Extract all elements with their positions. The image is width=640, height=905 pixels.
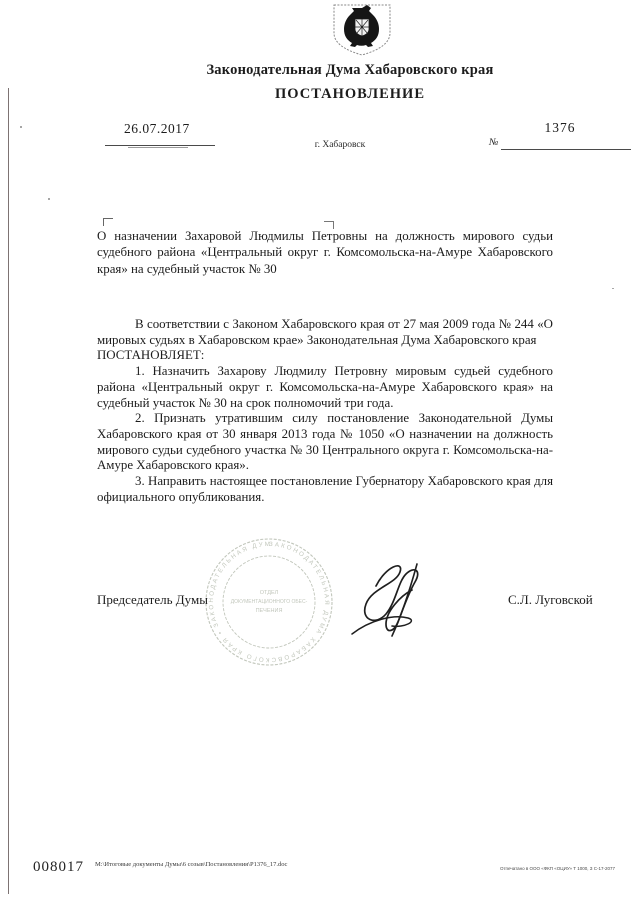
handwritten-signature bbox=[342, 556, 457, 651]
number-sign-label: № bbox=[489, 137, 498, 148]
scan-speck bbox=[48, 198, 50, 200]
document-body: В соответствии с Законом Хабаровского кр… bbox=[97, 317, 553, 505]
document-page: Законодательная Дума Хабаровского края П… bbox=[0, 0, 640, 905]
organization-name: Законодательная Дума Хабаровского края bbox=[100, 62, 600, 79]
document-date: 26.07.2017 bbox=[124, 121, 190, 137]
svg-text:ЗАКОНОДАТЕЛЬНАЯ ДУМА ХАБАРОВСК: ЗАКОНОДАТЕЛЬНАЯ ДУМА ХАБАРОВСКОГО КРАЯ •… bbox=[198, 531, 330, 663]
document-subject: О назначении Захаровой Людмилы Петровны … bbox=[97, 228, 553, 277]
stamp-center-line1: ОТДЕЛ bbox=[260, 590, 279, 596]
signer-name: С.Л. Луговской bbox=[508, 592, 593, 608]
body-item-1: 1. Назначить Захарову Людмилу Петровну м… bbox=[97, 364, 553, 411]
body-resolves-line: ПОСТАНОВЛЯЕТ: bbox=[97, 348, 553, 364]
stamp-ring-text: ЗАКОНОДАТЕЛЬНАЯ ДУМА ХАБАРОВСКОГО КРАЯ •… bbox=[198, 531, 330, 663]
body-intro-paragraph: В соответствии с Законом Хабаровского кр… bbox=[97, 317, 553, 348]
stamp-center-line3: ПЕЧЕНИЯ bbox=[256, 608, 283, 614]
print-info: Отпечатано в ООО «ФКП «ОЦИУ» Т 1000, З С… bbox=[500, 866, 615, 871]
coat-of-arms-icon bbox=[331, 3, 393, 57]
serial-number: 008017 bbox=[33, 859, 84, 876]
scan-edge-line bbox=[8, 88, 9, 894]
corner-mark-left bbox=[103, 218, 113, 226]
scan-speck bbox=[20, 126, 22, 128]
body-item-3: 3. Направить настоящее постановление Губ… bbox=[97, 474, 553, 505]
number-underline bbox=[501, 149, 631, 150]
stamp-center-line2: ДОКУМЕНТАЦИОННОГО ОБЕС- bbox=[231, 599, 308, 605]
body-item-2: 2. Признать утратившим силу постановлени… bbox=[97, 411, 553, 474]
document-type-title: ПОСТАНОВЛЕНИЕ bbox=[100, 86, 600, 103]
scan-speck bbox=[612, 288, 614, 289]
file-path: M:\Итоговые документы Думы\6 созыв\Поста… bbox=[95, 860, 287, 868]
round-stamp: ЗАКОНОДАТЕЛЬНАЯ ДУМА ХАБАРОВСКОГО КРАЯ •… bbox=[198, 531, 340, 673]
signer-title: Председатель Думы bbox=[97, 592, 208, 608]
document-number: 1376 bbox=[515, 120, 605, 136]
